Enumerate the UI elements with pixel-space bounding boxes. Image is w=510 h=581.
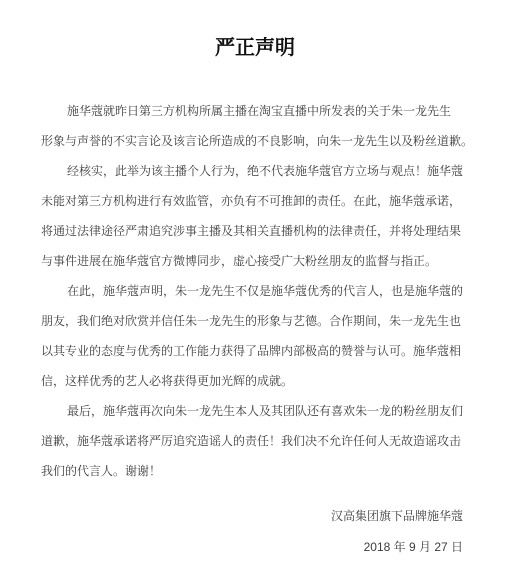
statement-line: 朋友，我们绝对欣赏并信任朱一龙先生的形象与艺德。合作期间，朱一龙先生也 [41, 306, 473, 336]
statement-line: 与事件进展在施华蔻官方微博同步，虚心接受广大粉丝朋友的监督与指正。 [41, 246, 473, 276]
statement-line: 在此，施华蔻声明，朱一龙先生不仅是施华蔻优秀的代言人，也是施华蔻的 [41, 276, 473, 306]
statement-line: 信，这样优秀的艺人必将获得更加光辉的成就。 [41, 366, 473, 396]
statement-title: 严正声明 [0, 31, 510, 60]
signature-block: 汉高集团旗下品牌施华蔻 2018 年 9 月 27 日 [0, 501, 463, 563]
statement-document: 严正声明 施华蔻就昨日第三方机构所属主播在淘宝直播中所发表的关于朱一龙先生 形象… [0, 0, 510, 581]
statement-line: 我们的代言人。谢谢！ [41, 456, 473, 486]
statement-line: 形象与声誉的不实言论及该言论所造成的不良影响，向朱一龙先生以及粉丝道歉。 [41, 126, 473, 156]
statement-body: 施华蔻就昨日第三方机构所属主播在淘宝直播中所发表的关于朱一龙先生 形象与声誉的不… [41, 96, 473, 486]
statement-line: 未能对第三方机构进行有效监管，亦负有不可推卸的责任。在此，施华蔻承诺， [41, 186, 473, 216]
statement-line: 以其专业的态度与优秀的工作能力获得了品牌内部极高的赞誉与认可。施华蔻相 [41, 336, 473, 366]
date-line: 2018 年 9 月 27 日 [0, 532, 463, 563]
statement-line: 最后，施华蔻再次向朱一龙先生本人及其团队还有喜欢朱一龙的粉丝朋友们 [41, 396, 473, 426]
statement-line: 经核实，此举为该主播个人行为，绝不代表施华蔻官方立场与观点！施华蔻 [41, 156, 473, 186]
statement-line: 将通过法律途径严肃追究涉事主播及其相关直播机构的法律责任，并将处理结果 [41, 216, 473, 246]
statement-line: 施华蔻就昨日第三方机构所属主播在淘宝直播中所发表的关于朱一龙先生 [41, 96, 473, 126]
signature-line: 汉高集团旗下品牌施华蔻 [0, 501, 463, 532]
statement-line: 道歉，施华蔻承诺将严厉追究造谣人的责任！我们决不允许任何人无故造谣攻击 [41, 426, 473, 456]
